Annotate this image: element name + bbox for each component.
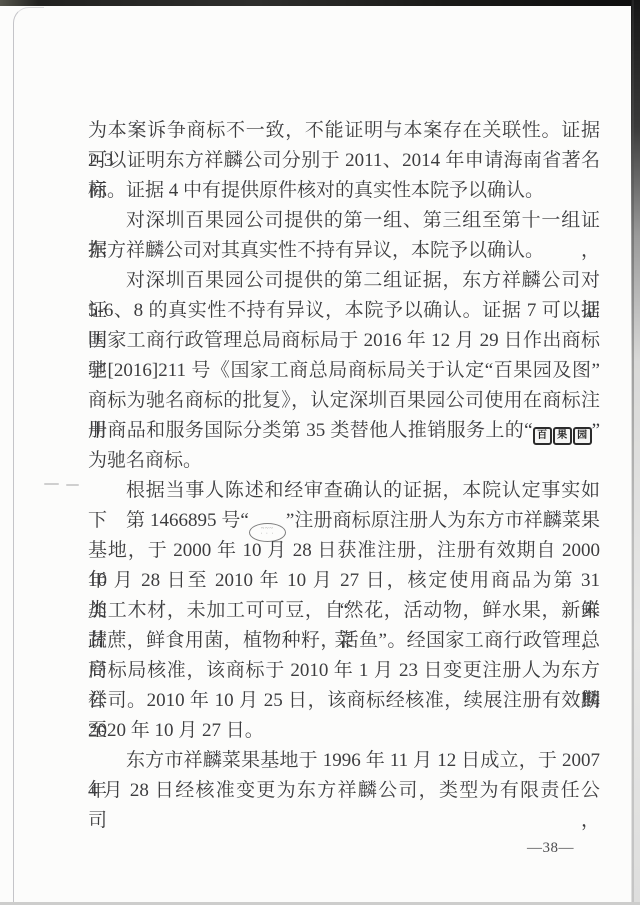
text-line: 10 月 28 日至 2010 年 10 月 27 日，核定使用商品为第 31 … (88, 566, 600, 596)
logo-character: 果 (553, 427, 572, 445)
scan-edge-top (0, 0, 640, 6)
text-line: 商标局核准，该商标于 2010 年 1 月 23 日变更注册人为东方祥麟 (88, 656, 600, 686)
text-line: 标。证据 4 中有提供原件核对的真实性本院予以确认。 (88, 176, 600, 206)
scanned-document-page: 为本案诉争商标不一致，不能证明与本案存在关联性。证据 2-3可以证明东方祥麟公司… (0, 0, 640, 905)
text-line: 公司。2010 年 10 月 25 日，该商标经核准，续展注册有效期至 (88, 686, 600, 716)
scan-edge-right-line (632, 0, 634, 905)
text-line: 根据当事人陈述和经审查确认的证据，本院认定事实如下： (88, 476, 600, 506)
text-line: 基地，于 2000 年 10 月 28 日获准注册，注册有效期自 2000 年 (88, 536, 600, 566)
page-number: —38— (527, 840, 574, 857)
text-line: 加工木材，未加工可可豆，自然花，活动物，鲜水果，新鲜蔬菜， (88, 596, 600, 626)
text-line: 对深圳百果园公司提供的第二组证据，东方祥麟公司对证据 (88, 266, 600, 296)
text-line: 商标为驰名商标的批复》，认定深圳百果园公司使用在商标注册 (88, 386, 600, 416)
page-fold-line (13, 7, 44, 902)
text-line: 东方市祥麟菜果基地于 1996 年 11 月 12 日成立，于 2007 年 (88, 746, 600, 776)
text-line: 东方祥麟公司对其真实性不持有异议，本院予以确认。 (88, 236, 600, 266)
text-line: 2020 年 10 月 27 日。 (88, 716, 600, 746)
text-line: 为本案诉争商标不一致，不能证明与本案存在关联性。证据 2-3 (88, 116, 600, 146)
text-line: 可以证明东方祥麟公司分别于 2011、2014 年申请海南省著名商 (88, 146, 600, 176)
logo-character: 百 (533, 427, 552, 445)
baiguoyuan-boxed-trademark-logo: 百果园 (533, 427, 592, 445)
scan-artifact-dash (44, 483, 59, 485)
logo-character: 园 (573, 427, 592, 445)
text-line: 第 1466895 号“~~~· · ·”注册商标原注册人为东方市祥麟菜果 (88, 506, 600, 536)
text-line: 5-6、8 的真实性不持有异议，本院予以确认。证据 7 可以证明 (88, 296, 600, 326)
text-line: 用商品和服务国际分类第 35 类替他人推销服务上的“百果园” (88, 416, 600, 446)
text-line: 国家工商行政管理总局商标局于 2016 年 12 月 29 日作出商标驰 (88, 326, 600, 356)
text-line: 字[2016]211 号《国家工商总局商标局关于认定“百果园及图” (88, 356, 600, 386)
text-line: 4 月 28 日经核准变更为东方祥麟公司，类型为有限责任公司， (88, 776, 600, 806)
text-line: 对深圳百果园公司提供的第一组、第三组至第十一组证据， (88, 206, 600, 236)
text-line: 为驰名商标。 (88, 446, 600, 476)
scan-artifact-dash (66, 484, 79, 486)
document-body: 为本案诉争商标不一致，不能证明与本案存在关联性。证据 2-3可以证明东方祥麟公司… (88, 116, 600, 806)
text-line: 甘蔗，鲜食用菌，植物种籽，活鱼”。经国家工商行政管理总局 (88, 626, 600, 656)
